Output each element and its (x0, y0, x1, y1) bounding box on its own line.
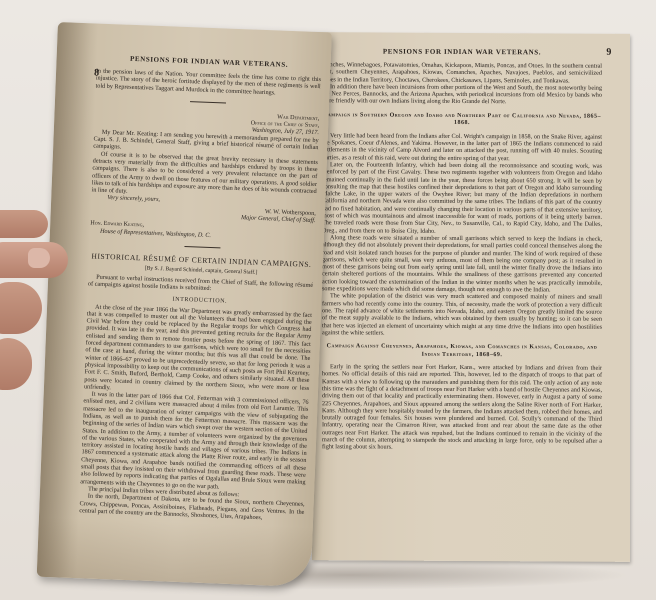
page-number-right: 9 (606, 47, 612, 58)
hand-holding-page (0, 210, 70, 400)
section-heading-oregon-campaign: Campaign in Southern Oregon and Idaho an… (322, 112, 602, 128)
paragraph: in the pension laws of the Nation. Your … (95, 68, 321, 99)
page-number-left: 8 (94, 67, 99, 78)
finger (0, 210, 48, 238)
paragraph: The white population of the district was… (322, 293, 602, 338)
paragraph: Early in the spring the settlers near Fo… (322, 363, 602, 452)
section-heading-kansas-campaign: Campaign Against Cheyennes, Arapahoes, K… (322, 343, 602, 359)
running-head-left: PENSIONS FOR INDIAN WAR VETERANS. (97, 54, 322, 71)
finger (0, 338, 32, 390)
thumbnail (28, 248, 50, 268)
paragraph: manches, Winnebagoes, Potawatomies, Omah… (322, 61, 602, 84)
page-nine: PENSIONS FOR INDIAN WAR VETERANS. 9 manc… (312, 32, 630, 562)
paragraph: Later on, the Fourteenth Infantry, which… (322, 161, 602, 235)
letter-addressee: Hon. Edward Keating, House of Representa… (90, 220, 315, 243)
running-head-right: PENSIONS FOR INDIAN WAR VETERANS. 9 (322, 47, 602, 56)
thumb (0, 242, 68, 278)
paragraph: At the close of the year 1866 the War De… (84, 303, 312, 399)
paragraph: Along these roads were situated a number… (322, 234, 602, 294)
paragraph: Very little had been heard from the Indi… (322, 132, 602, 163)
paragraph: Pursuant to verbal instructions received… (88, 273, 313, 296)
finger (0, 282, 42, 334)
divider-rule (190, 101, 226, 103)
paragraph: In addition there have been incursions f… (322, 83, 602, 106)
page-eight: PENSIONS FOR INDIAN WAR VETERANS. 8 in t… (37, 22, 332, 587)
page-curl-shadow (37, 517, 313, 587)
paragraph: It was in the latter part of 1866 that C… (80, 390, 308, 493)
divider-rule (184, 246, 220, 248)
